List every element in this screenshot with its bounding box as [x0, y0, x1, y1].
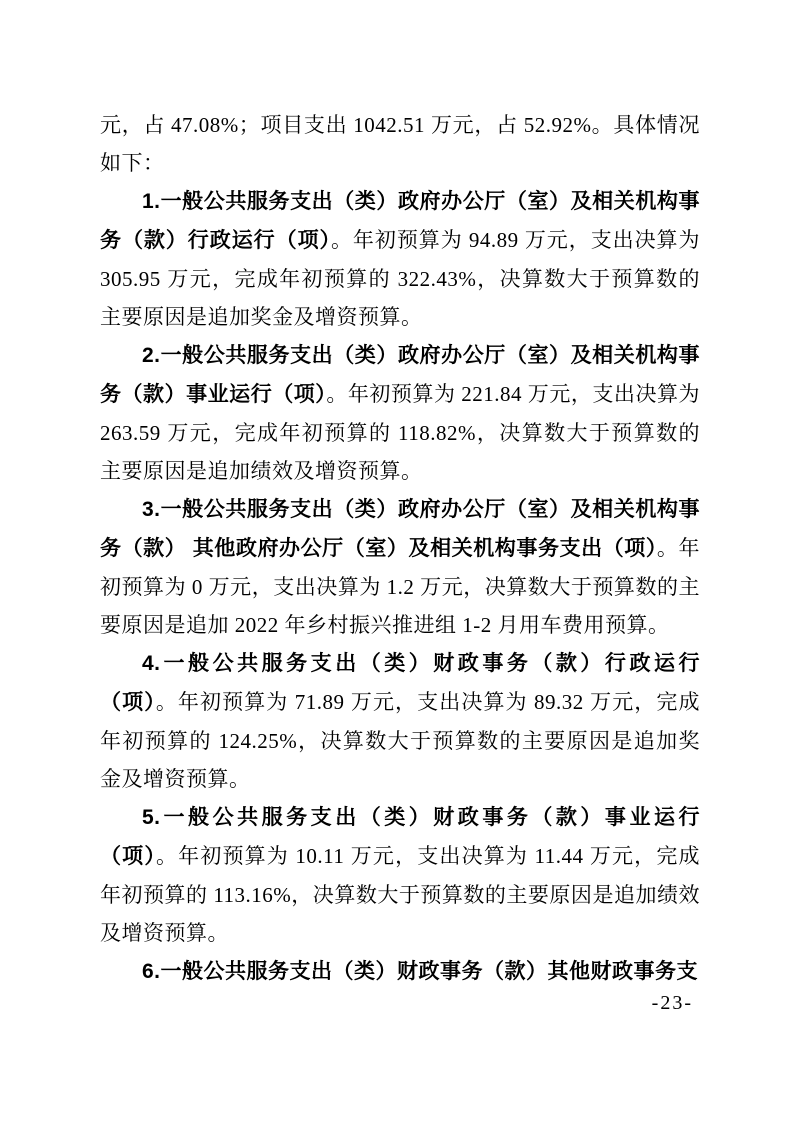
document-body: 元，占 47.08%；项目支出 1042.51 万元，占 52.92%。具体情况… — [100, 106, 700, 991]
budget-item-paragraph-3: 3.一般公共服务支出（类）政府办公厅（室）及相关机构事务（款） 其他政府办公厅（… — [100, 490, 700, 644]
document-page: 元，占 47.08%；项目支出 1042.51 万元，占 52.92%。具体情况… — [0, 0, 793, 1122]
budget-item-paragraph-1: 1.一般公共服务支出（类）政府办公厅（室）及相关机构事务（款）行政运行（项）。年… — [100, 182, 700, 336]
budget-item-heading: 6.一般公共服务支出（类）财政事务（款）其他财政事务支 — [142, 960, 698, 983]
page-number-text: -23- — [652, 992, 693, 1014]
budget-item-paragraph-4: 4.一般公共服务支出（类）财政事务（款）行政运行（项）。年初预算为 71.89 … — [100, 644, 700, 798]
budget-item-detail: 。年初预算为 71.89 万元，支出决算为 89.32 万元，完成年初预算的 1… — [100, 690, 700, 791]
budget-item-paragraph-2: 2.一般公共服务支出（类）政府办公厅（室）及相关机构事务（款）事业运行（项）。年… — [100, 336, 700, 490]
budget-item-paragraph-5: 5.一般公共服务支出（类）财政事务（款）事业运行（项）。年初预算为 10.11 … — [100, 798, 700, 952]
intro-text: 元，占 47.08%；项目支出 1042.51 万元，占 52.92%。具体情况… — [100, 113, 700, 175]
budget-item-heading: 3.一般公共服务支出（类）政府办公厅（室）及相关机构事务（款） 其他政府办公厅（… — [100, 498, 700, 560]
budget-item-detail: 。年初预算为 10.11 万元，支出决算为 11.44 万元，完成年初预算的 1… — [100, 844, 700, 945]
intro-paragraph: 元，占 47.08%；项目支出 1042.51 万元，占 52.92%。具体情况… — [100, 106, 700, 182]
page-number: -23- — [652, 984, 693, 1022]
budget-item-paragraph-6: 6.一般公共服务支出（类）财政事务（款）其他财政事务支 — [100, 952, 700, 991]
